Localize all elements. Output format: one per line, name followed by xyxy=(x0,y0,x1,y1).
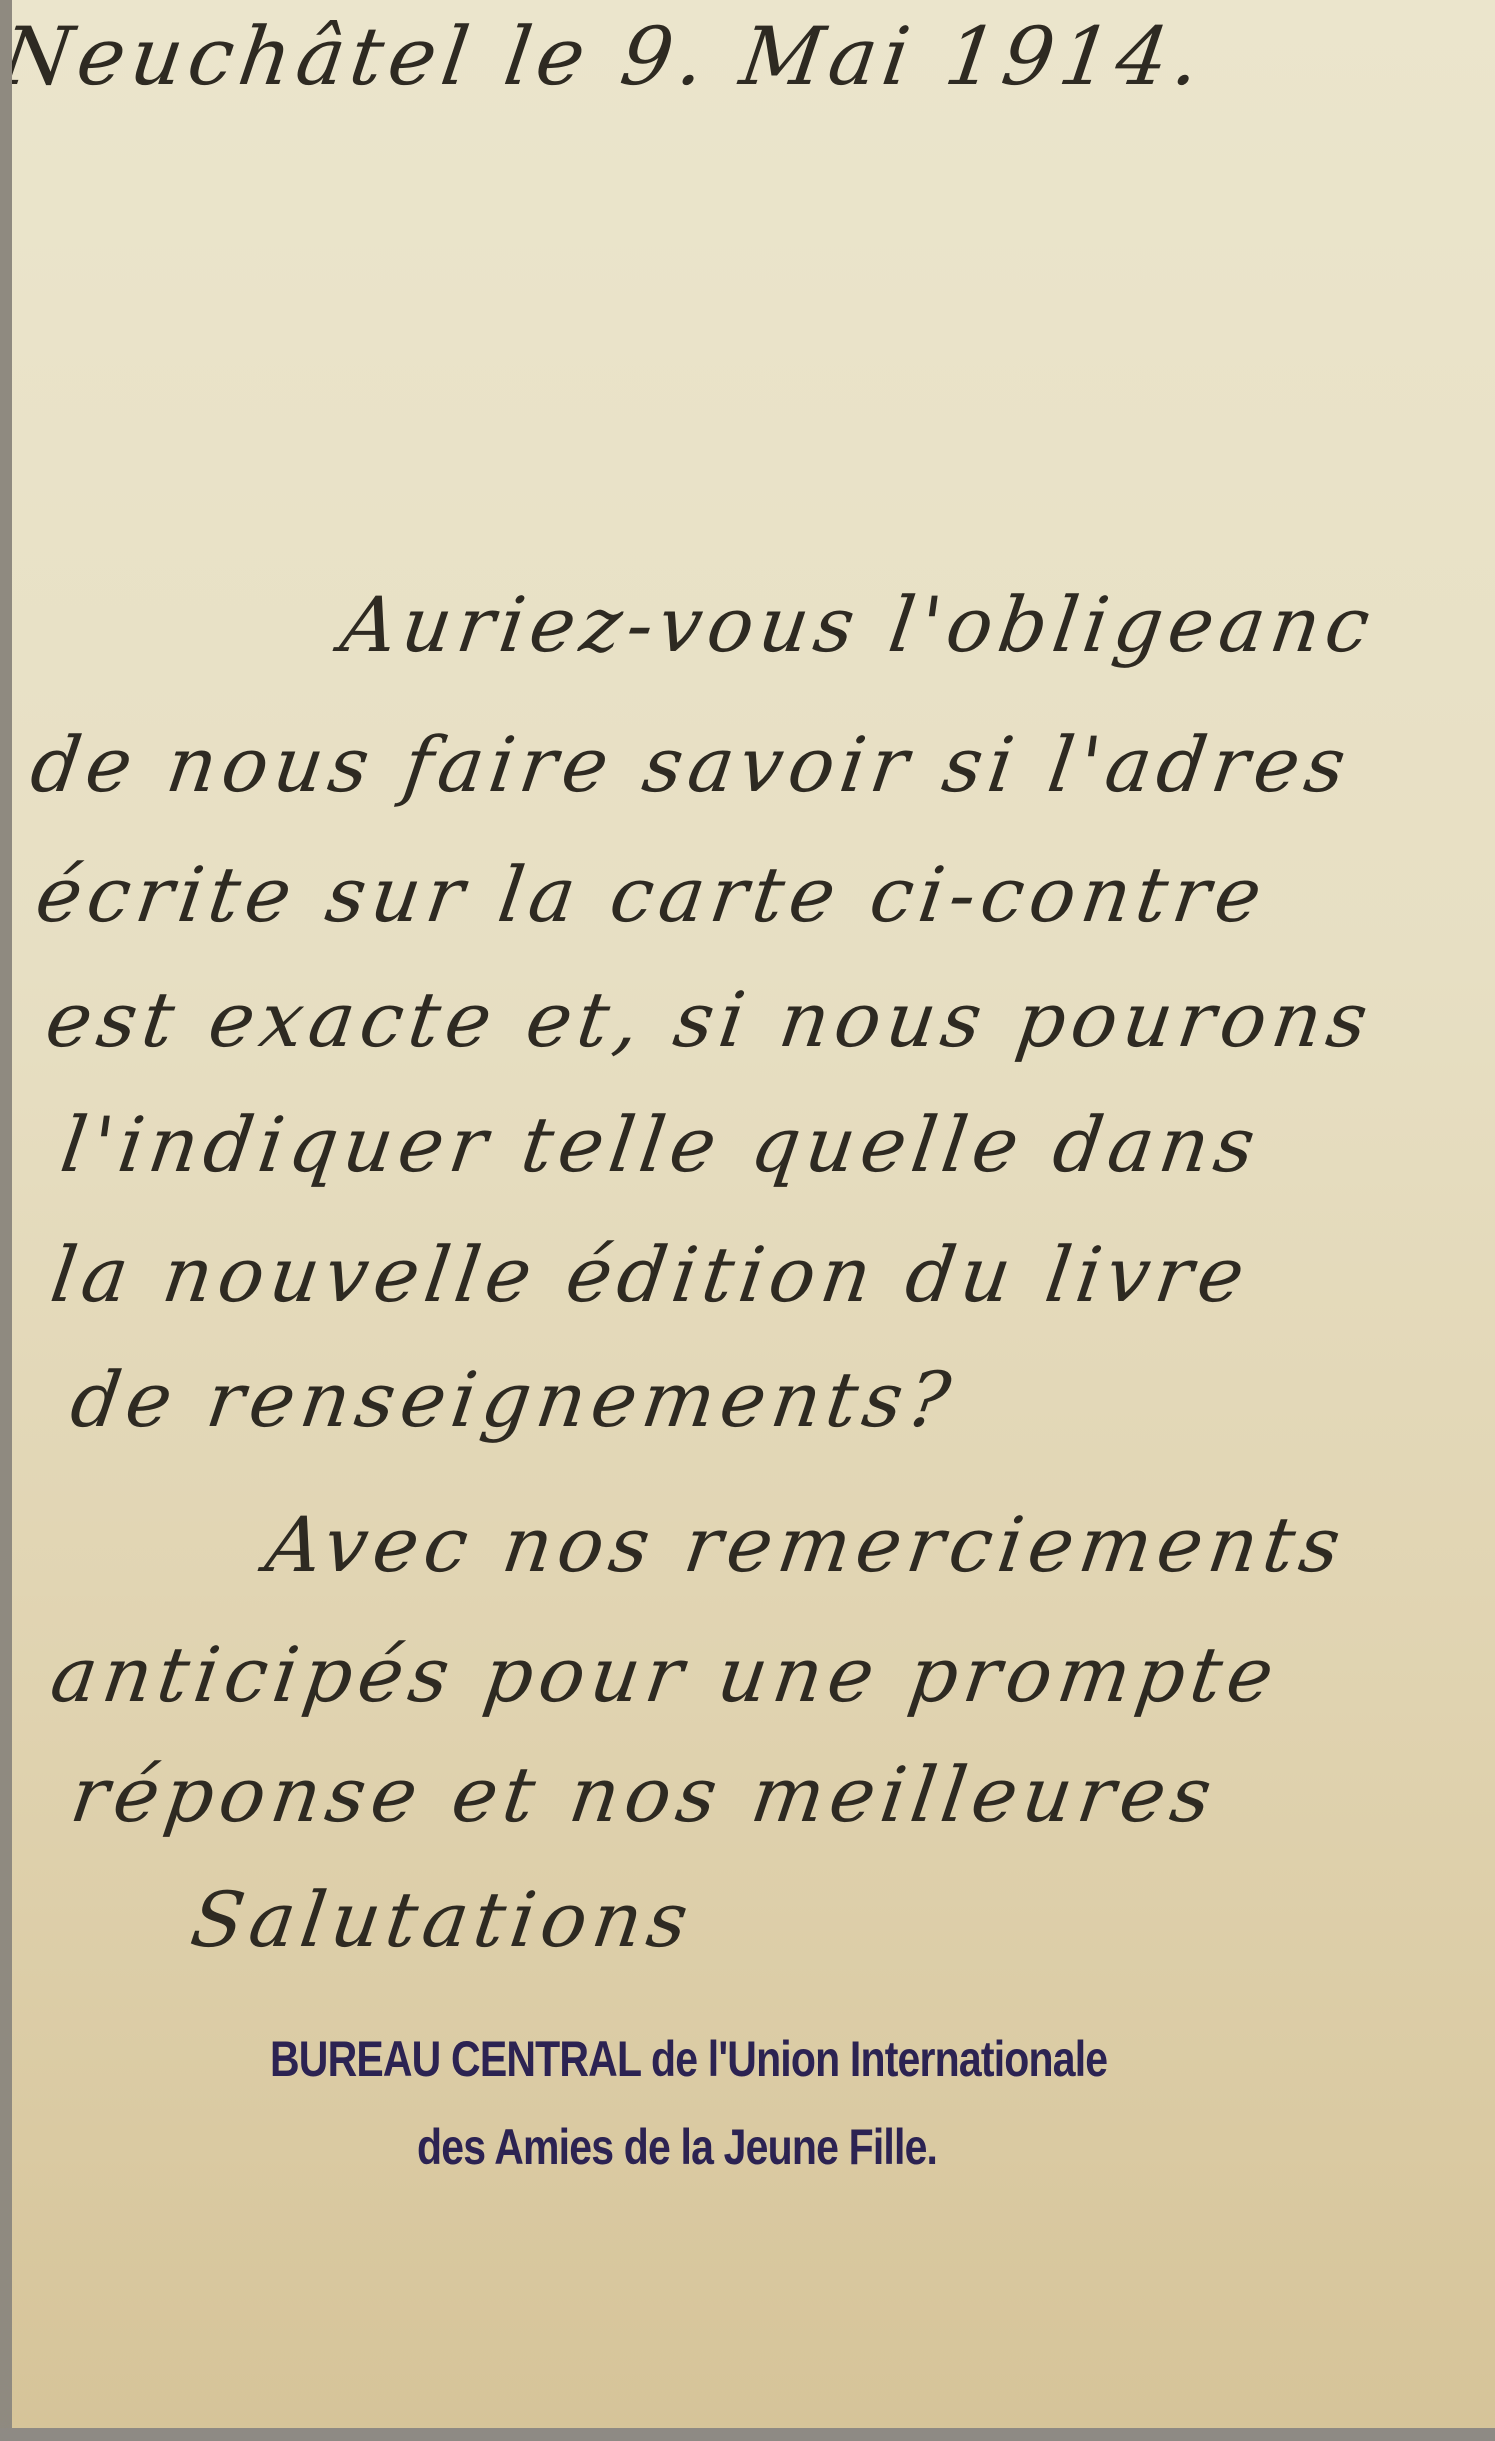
stamp-line-1: BUREAU CENTRAL de l'Union Internationale xyxy=(270,2030,1107,2088)
body-line-2: de nous faire savoir si l'adres xyxy=(26,720,1357,809)
paper-bottom-edge xyxy=(0,2428,1495,2441)
body-line-3: écrite sur la carte ci-contre xyxy=(31,850,1273,939)
dateline: Neuchâtel le 9. Mai 1914. xyxy=(12,10,1212,103)
closing-salutation: Salutations xyxy=(186,1875,700,1964)
body-line-1: Auriez-vous l'obligeanc xyxy=(336,580,1381,669)
stamp-bureau-central: BUREAU CENTRAL xyxy=(270,2031,640,2087)
paper-left-edge xyxy=(0,0,12,2441)
body-line-7: de renseignements? xyxy=(66,1355,962,1444)
stamp-line-2: des Amies de la Jeune Fille. xyxy=(417,2118,937,2176)
stamp-union: de l'Union Internationale xyxy=(651,2031,1107,2087)
body-line-4: est exacte et, si nous pourons xyxy=(41,975,1379,1064)
body-line-10: réponse et nos meilleures xyxy=(66,1750,1223,1839)
body-line-5: l'indiquer telle quelle dans xyxy=(56,1100,1266,1189)
body-line-8: Avec nos remerciements xyxy=(261,1500,1352,1589)
letter-paper: Neuchâtel le 9. Mai 1914. Auriez-vous l'… xyxy=(12,0,1495,2428)
body-line-6: la nouvelle édition du livre xyxy=(46,1230,1256,1319)
body-line-9: anticipés pour une prompte xyxy=(46,1630,1285,1719)
